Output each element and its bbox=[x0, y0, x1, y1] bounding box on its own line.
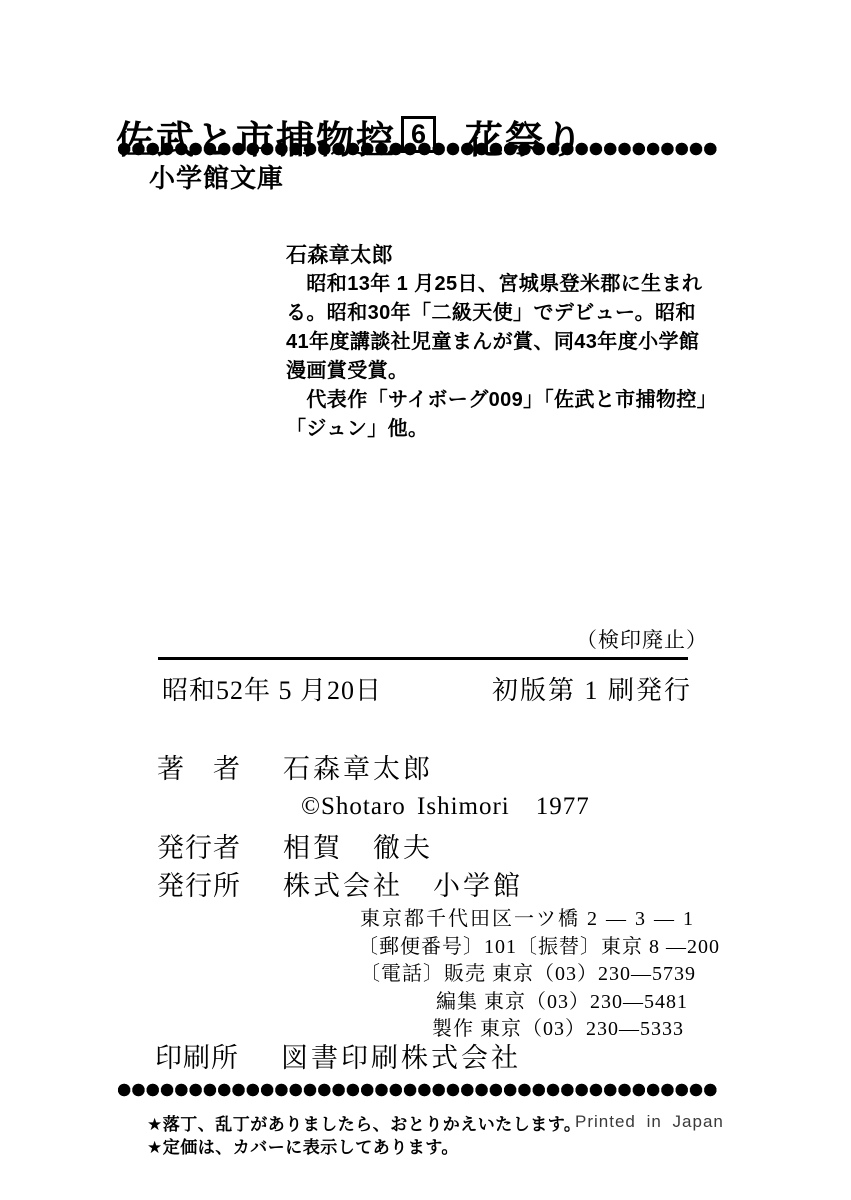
author-bio: 石森章太郎 昭和13年 1 月25日、宮城県登米郡に生まれ る。昭和30年「二級… bbox=[286, 241, 726, 444]
credit-label: 発行者 bbox=[157, 826, 241, 865]
publisher-address: 東京都千代田区一ツ橋 2 ― 3 ― 1 bbox=[360, 902, 695, 931]
credit-value: 株式会社 小学館 bbox=[283, 864, 523, 903]
credit-label: 著 者 bbox=[157, 747, 241, 786]
dotted-divider-bottom bbox=[117, 1083, 718, 1097]
bio-line: 昭和13年 1 月25日、宮城県登米郡に生まれ bbox=[286, 270, 726, 299]
credit-value: 相賀 徹夫 bbox=[283, 826, 433, 865]
bio-line: 41年度講談社児童まんが賞、同43年度小学館 bbox=[286, 328, 726, 357]
printed-in-japan: Printed in Japan bbox=[575, 1112, 724, 1132]
title-subtitle: 花祭り bbox=[465, 109, 585, 164]
phone-editorial: 編集 東京（03）230―5481 bbox=[436, 985, 688, 1014]
bio-line: 漫画賞受賞。 bbox=[286, 357, 726, 386]
copyright-line: ©Shotaro Ishimori 1977 bbox=[301, 786, 590, 822]
bio-line: る。昭和30年「二級天使」でデビュー。昭和 bbox=[286, 299, 726, 328]
edition-printing: 初版第 1 刷発行 bbox=[492, 670, 692, 707]
credit-label: 印刷所 bbox=[155, 1036, 239, 1075]
book-title: 佐武と市捕物控 6 花祭り bbox=[116, 109, 585, 164]
colophon-page: 佐武と市捕物控 6 花祭り 小学館文庫 石森章太郎 昭和13年 1 月25日、宮… bbox=[0, 0, 851, 1200]
dotted-divider-top bbox=[117, 142, 718, 156]
edition-date: 昭和52年 5 月20日 bbox=[162, 670, 382, 707]
price-note: ★定価は、カバーに表示してあります。 bbox=[147, 1133, 459, 1158]
seal-note: （検印廃止） bbox=[576, 624, 708, 654]
publisher-postal-transfer: 〔郵便番号〕101〔振替〕東京 8 ―200 bbox=[358, 930, 720, 959]
credit-label: 発行所 bbox=[157, 864, 241, 903]
phone-sales: 〔電話〕販売 東京（03）230―5739 bbox=[360, 957, 696, 986]
imprint-label: 小学館文庫 bbox=[149, 158, 284, 195]
divider-rule bbox=[158, 657, 688, 660]
bio-line: 代表作「サイボーグ009」「佐武と市捕物控」 bbox=[286, 386, 726, 415]
credit-value: 石森章太郎 bbox=[283, 747, 433, 786]
replacement-note: ★落丁、乱丁がありましたら、おとりかえいたします。 bbox=[147, 1110, 581, 1135]
title-series: 佐武と市捕物控 bbox=[116, 109, 396, 164]
bio-line: 「ジュン」他。 bbox=[286, 415, 726, 444]
author-name: 石森章太郎 bbox=[286, 241, 726, 270]
credit-value: 図書印刷株式会社 bbox=[281, 1036, 521, 1075]
